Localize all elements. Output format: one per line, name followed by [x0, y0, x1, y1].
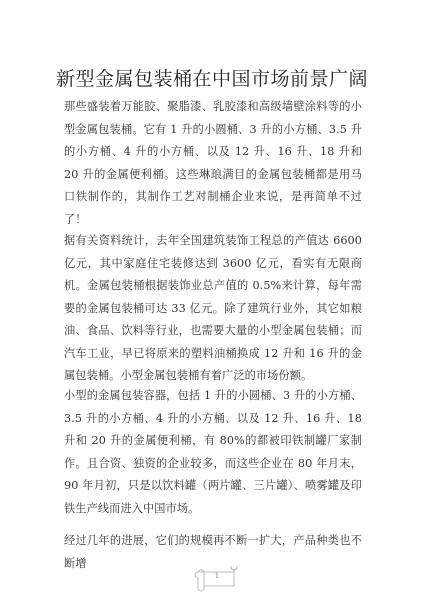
paragraph-1: 那些盛装着万能胶、聚脂漆、乳胶漆和高级墙壁涂料等的小型金属包装桶。它有 1 升的… — [64, 96, 362, 231]
document-title: 新型金属包装桶在中国市场前景广阔 — [0, 64, 424, 91]
paragraph-2: 据有关资料统计，去年全国建筑装饰工程总的产值达 6600 亿元，其中家庭住宅装修… — [64, 230, 362, 388]
page-number: 1 — [210, 572, 224, 580]
paragraph-3: 小型的金属包装容器，包括 1 升的小圆桶、3 升的小方桶、3.5 升的小方桶、4… — [64, 385, 362, 520]
document-page: 新型金属包装桶在中国市场前景广阔 那些盛装着万能胶、聚脂漆、乳胶漆和高级墙壁涂料… — [0, 0, 424, 600]
page-number-scroll: 1 — [190, 566, 240, 592]
